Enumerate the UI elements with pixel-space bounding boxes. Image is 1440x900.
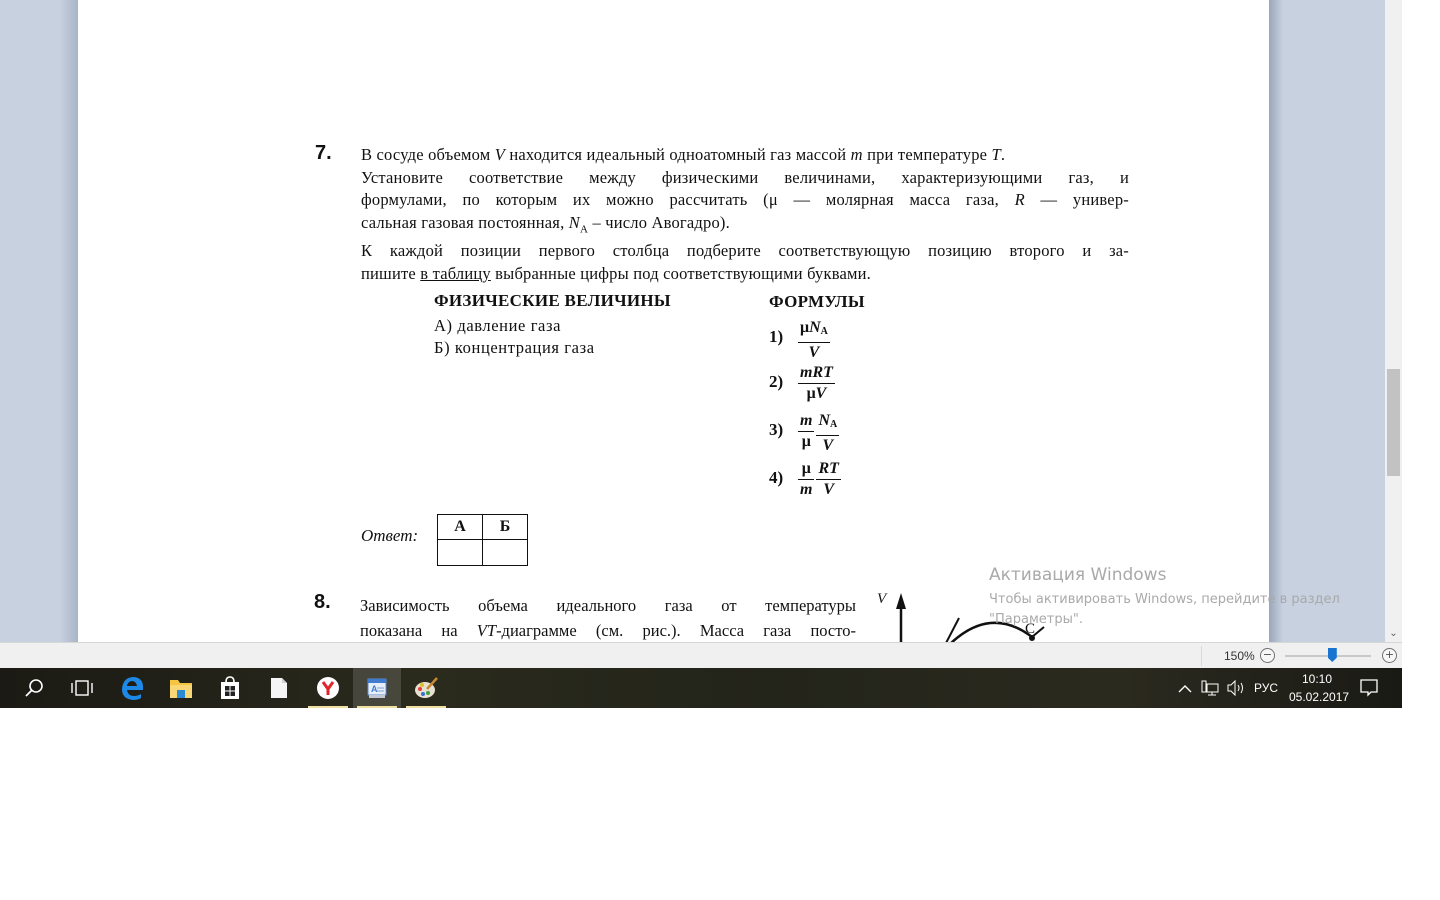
picture-viewer-icon: A — [366, 677, 388, 699]
volume-button[interactable] — [1226, 680, 1246, 701]
taskbar-yandex-button[interactable] — [304, 668, 352, 708]
answer-header-a: А — [438, 515, 483, 540]
activation-watermark-line-1: Чтобы активировать Windows, перейдите в … — [989, 590, 1340, 610]
input-language-indicator[interactable]: РУС — [1254, 681, 1278, 695]
taskbar-edge-button[interactable] — [108, 668, 156, 708]
network-icon — [1201, 680, 1219, 696]
activation-watermark-line-2: "Параметры". — [989, 610, 1340, 630]
running-indicator — [357, 706, 397, 708]
vertical-scrollbar-thumb[interactable] — [1387, 369, 1400, 476]
taskbar: A РУС 10:10 05.02.2017 — [0, 668, 1402, 708]
question-8-text: Зависимость объема идеального газа от те… — [360, 593, 856, 643]
action-center-button[interactable] — [1360, 679, 1378, 702]
question-7-line: формулами, по которым их можно рассчитат… — [361, 189, 1129, 212]
formula-fraction: μNAV — [798, 318, 830, 363]
vertical-scrollbar[interactable]: ⌄ — [1385, 0, 1402, 642]
paint-palette-icon — [413, 676, 439, 700]
svg-text:A: A — [371, 684, 378, 694]
folder-icon — [169, 677, 193, 699]
notification-icon — [1360, 679, 1378, 697]
question-7-number: 7. — [315, 142, 332, 165]
activation-watermark-text: Чтобы активировать Windows, перейдите в … — [989, 590, 1340, 630]
formula-fraction: μm — [798, 459, 814, 500]
taskbar-task-view-button[interactable] — [58, 668, 106, 708]
taskbar-store-button[interactable] — [206, 668, 254, 708]
formula-fraction: RTV — [816, 459, 840, 500]
question-8-number: 8. — [314, 591, 331, 614]
formula-fraction: NAV — [816, 411, 839, 456]
running-indicator — [308, 706, 348, 708]
zoom-level[interactable]: 150% — [1224, 649, 1255, 663]
document-page — [78, 0, 1269, 642]
formula-number: 1) — [769, 327, 783, 347]
blank-document-icon — [270, 677, 288, 699]
status-bar — [0, 642, 1402, 668]
question-7-line: К каждой позиции первого столбца подбери… — [361, 240, 1129, 263]
status-divider — [1201, 646, 1202, 666]
yandex-icon — [316, 676, 340, 700]
formula-number: 4) — [769, 468, 783, 488]
formula-fraction: mμ — [798, 411, 814, 452]
taskbar-search-button[interactable] — [10, 668, 58, 708]
edge-icon — [120, 676, 144, 700]
question-7-text: В сосуде объемом V находится идеальный о… — [361, 144, 1129, 285]
quantity-item-b: Б) концентрация газа — [434, 338, 595, 358]
answer-header-b: Б — [483, 515, 528, 540]
zoom-in-button[interactable]: + — [1382, 648, 1397, 663]
answer-label: Ответ: — [361, 526, 418, 546]
formula-number: 2) — [769, 372, 783, 392]
question-7-line: сальная газовая постоянная, NA – число А… — [361, 212, 1129, 241]
taskbar-image-viewer-button[interactable]: A — [353, 668, 401, 708]
question-7-line: Установите соответствие между физическим… — [361, 167, 1129, 190]
taskbar-paint-button[interactable] — [402, 668, 450, 708]
page-shadow-left — [60, 0, 78, 642]
page-shadow-right — [1269, 0, 1283, 642]
question-7-line: пишите в таблицу выбранные цифры под соо… — [361, 263, 1129, 286]
question-8-line-2: показана на VT-диаграмме (см. рис.). Мас… — [360, 618, 856, 643]
taskbar-explorer-button[interactable] — [157, 668, 205, 708]
show-hidden-icons-button[interactable] — [1178, 681, 1192, 699]
network-button[interactable] — [1201, 680, 1219, 701]
question-8-line-1: Зависимость объема идеального газа от те… — [360, 593, 856, 618]
formula-fraction: mRTμV — [798, 363, 835, 404]
quantities-heading: ФИЗИЧЕСКИЕ ВЕЛИЧИНЫ — [434, 291, 671, 311]
zoom-out-button[interactable]: − — [1260, 648, 1275, 663]
answer-table: А Б — [437, 514, 528, 566]
search-icon — [24, 678, 44, 698]
taskbar-document-button[interactable] — [255, 668, 303, 708]
formula-number: 3) — [769, 420, 783, 440]
running-indicator — [406, 706, 446, 708]
scroll-down-arrow-icon[interactable]: ⌄ — [1385, 628, 1402, 640]
clock-time[interactable]: 10:10 — [1302, 672, 1332, 686]
formulas-heading: ФОРМУЛЫ — [769, 292, 865, 312]
store-icon — [219, 676, 241, 700]
question-7-line: В сосуде объемом V находится идеальный о… — [361, 144, 1129, 167]
task-view-icon — [71, 680, 93, 696]
answer-cell-a[interactable] — [438, 540, 483, 566]
speaker-icon — [1226, 680, 1246, 696]
svg-text:V: V — [877, 591, 888, 607]
screen: 7. В сосуде объемом V находится идеальны… — [0, 0, 1402, 708]
activation-watermark-title: Активация Windows — [989, 565, 1166, 585]
answer-cell-b[interactable] — [483, 540, 528, 566]
clock-date[interactable]: 05.02.2017 — [1289, 690, 1349, 704]
quantity-item-a: А) давление газа — [434, 316, 561, 336]
chevron-up-icon — [1178, 684, 1192, 694]
